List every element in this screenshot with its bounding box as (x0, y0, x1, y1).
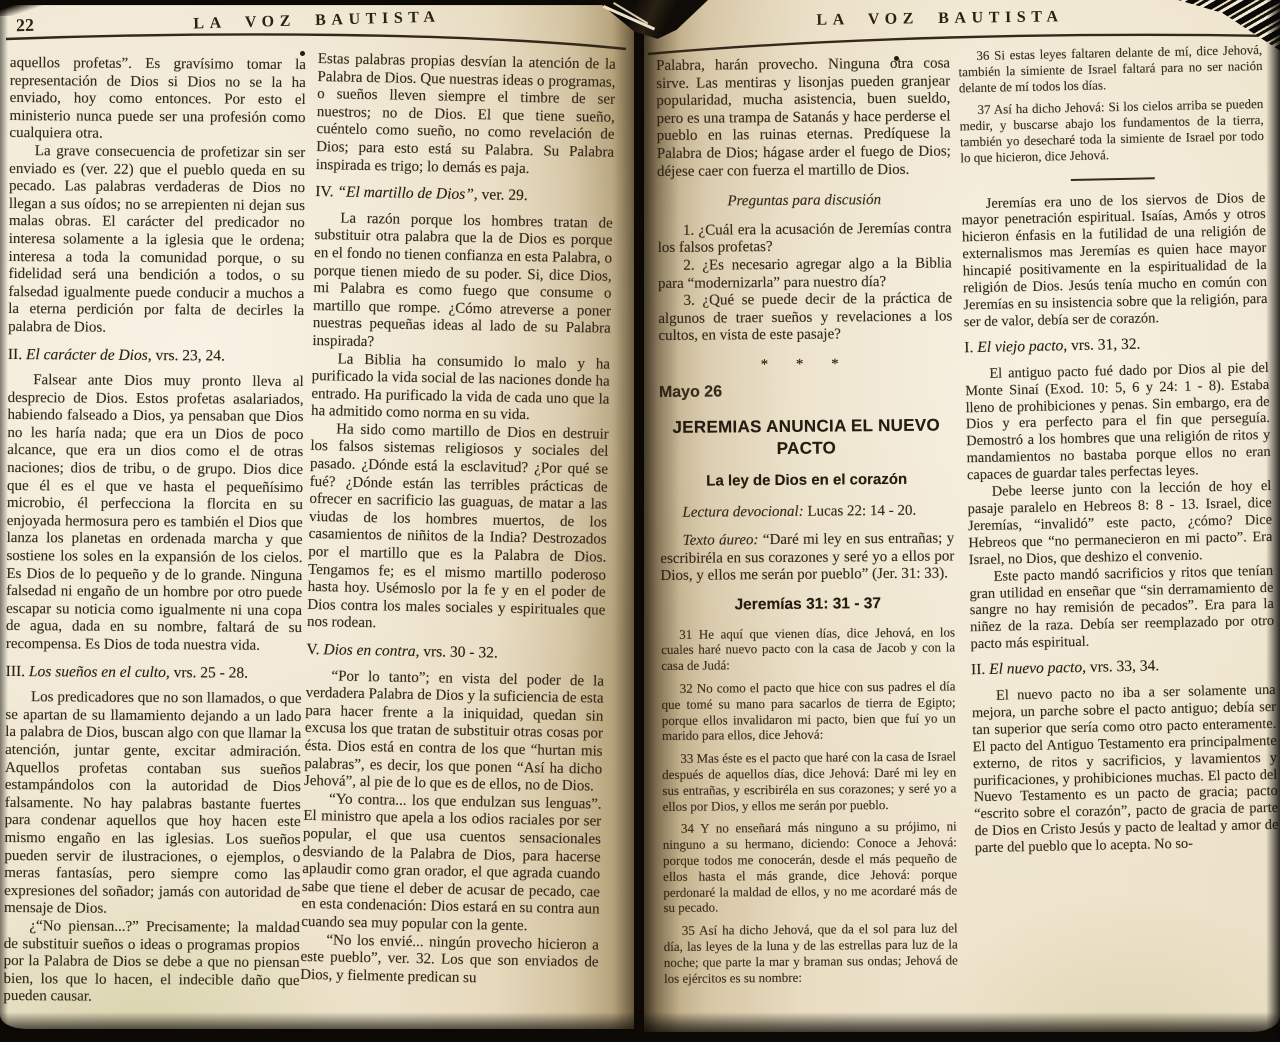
block-heading: III. Los sueños en el culto, vrs. 25 - 2… (6, 663, 302, 683)
block-paragraph: Jeremías era uno de los siervos de Dios … (961, 190, 1268, 332)
text-column-1: aquellos profetas”. Es gravísimo tomar l… (3, 55, 306, 1029)
heading-num: V. (306, 641, 319, 658)
block-paragraph: El antiguo pacto fué dado por Dios al pi… (965, 360, 1271, 485)
block-stars: * * * (659, 355, 953, 375)
block-paragraph: 2. ¿Es necesario agregar algo a la Bibli… (658, 255, 952, 293)
heading-ref: vrs. 23, 24. (156, 347, 225, 364)
heading-title: Los sueños en el culto, (29, 663, 170, 681)
block-center_italic: Preguntas para discusión (657, 192, 951, 212)
lead-label: Lectura devocional: (682, 503, 803, 520)
block-paragraph: Falsear ante Dios muy pronto lleva al de… (6, 372, 304, 656)
header-rule (4, 29, 628, 55)
block-paragraph: Los predicadores que no son llamados, o … (4, 689, 302, 920)
block-paragraph: Estas palabras propias desvían la atenci… (316, 51, 616, 180)
block-verse: 35 Así ha dicho Jehová, que da el sol pa… (664, 921, 959, 987)
heading-num: IV. (315, 183, 334, 200)
text-column-2: Estas palabras propias desvían la atenci… (299, 51, 616, 1035)
heading-title: El nuevo pacto, (989, 659, 1086, 678)
heading-title: El viejo pacto, (977, 337, 1067, 356)
block-paragraph: aquellos profetas”. Es gravísimo tomar l… (9, 55, 306, 145)
book-photo: 22 LA VOZ BAUTISTA aquellos profetas”. E… (0, 0, 1280, 1042)
lead-text: Lucas 22: 14 - 20. (807, 502, 916, 519)
photo-corner-shadow (0, 0, 46, 16)
block-paragraph: La razón porque los hombres tratan de su… (312, 210, 613, 356)
heading-title: Dios en contra, (323, 641, 419, 660)
block-lesson_subtitle: La ley de Dios en el corazón (660, 471, 954, 491)
block-paragraph: 1. ¿Cuál era la acusación de Jeremías co… (657, 220, 951, 258)
block-paragraph: 3. ¿Qué se puede decir de la práctica de… (658, 291, 952, 346)
block-scripture_ref: Jeremías 31: 31 - 37 (661, 594, 955, 614)
page-22: 22 LA VOZ BAUTISTA aquellos profetas”. E… (0, 5, 634, 1029)
running-head-title: LA VOZ BAUTISTA (644, 6, 1236, 32)
block-heading: II. El nuevo pacto, vrs. 33, 34. (971, 656, 1275, 679)
heading-num: II. (8, 345, 22, 362)
block-heading: IV. “El martillo de Dios”, ver. 29. (315, 183, 613, 206)
ornament-dot-icon (300, 51, 305, 56)
block-verse: 37 Así ha dicho Jehová: Si los cielos ar… (959, 96, 1264, 166)
page-23: 23 LA VOZ BAUTISTA Palabra, harán provec… (644, 0, 1280, 1032)
block-heading: V. Dios en contra, vrs. 30 - 32. (306, 641, 604, 664)
block-paragraph: Debe leerse junto con la lección de hoy … (967, 478, 1273, 569)
block-verse: 33 Mas éste es el pacto que haré con la … (662, 749, 957, 815)
block-short_rule (1071, 177, 1155, 181)
text-column-3: Palabra, harán provecho. Ninguna otra co… (656, 55, 958, 1024)
block-paragraph: ¿“No piensan...?” Precisamente; la malda… (3, 918, 300, 1008)
heading-ref: vrs. 31, 32. (1071, 335, 1141, 353)
block-lead: Texto áureo: “Daré mi ley en sus entraña… (660, 531, 954, 586)
block-paragraph: “No los envié... ningún provecho hiciero… (300, 931, 599, 989)
heading-ref: vrs. 30 - 32. (423, 643, 498, 661)
photo-top-shadow (0, 0, 640, 6)
block-paragraph: “Yo contra... los que endulzan sus lengu… (301, 791, 602, 937)
block-paragraph: Palabra, harán provecho. Ninguna otra co… (656, 55, 951, 181)
block-heading: I. El viejo pacto, vrs. 31, 32. (964, 334, 1268, 357)
block-paragraph: Ha sido como martillo de Dios en destrui… (307, 421, 609, 638)
text-column-4: 36 Si estas leyes faltaren delante de mí… (958, 42, 1280, 1036)
block-paragraph: La Biblia ha consumido lo malo y ha puri… (311, 350, 610, 426)
block-date_label: Mayo 26 (659, 381, 953, 401)
block-verse: 31 He aquí que vienen días, dice Jehová,… (661, 624, 955, 674)
block-verse: 34 Y no enseñará más ninguno a su prójim… (663, 819, 958, 916)
heading-title: El carácter de Dios, (26, 346, 152, 364)
block-lesson_title: JEREMIAS ANUNCIA EL NUEVO PACTO (659, 415, 953, 462)
block-paragraph: “Por lo tanto”; en vista del poder de la… (304, 667, 604, 796)
block-paragraph: Este pacto mandó sacrificios y ritos que… (969, 562, 1275, 653)
block-paragraph: El nuevo pacto no iba a ser solamente un… (971, 682, 1278, 857)
heading-ref: ver. 29. (481, 186, 527, 204)
lead-label: Texto áureo: (683, 532, 759, 549)
heading-ref: vrs. 33, 34. (1090, 657, 1160, 675)
heading-num: I. (964, 339, 973, 356)
heading-title: “El martillo de Dios”, (337, 184, 478, 204)
heading-num: II. (971, 661, 986, 678)
block-verse: 36 Si estas leyes faltaren delante de mí… (958, 42, 1263, 96)
block-paragraph: La grave consecuencia de profetizar sin … (8, 143, 305, 339)
heading-num: III. (6, 663, 25, 680)
block-heading: II. El carácter de Dios, vrs. 23, 24. (8, 345, 304, 365)
heading-ref: vrs. 25 - 28. (174, 664, 249, 682)
block-lead: Lectura devocional: Lucas 22: 14 - 20. (660, 502, 954, 522)
block-verse: 32 No como el pacto que hice con sus pad… (661, 678, 956, 744)
